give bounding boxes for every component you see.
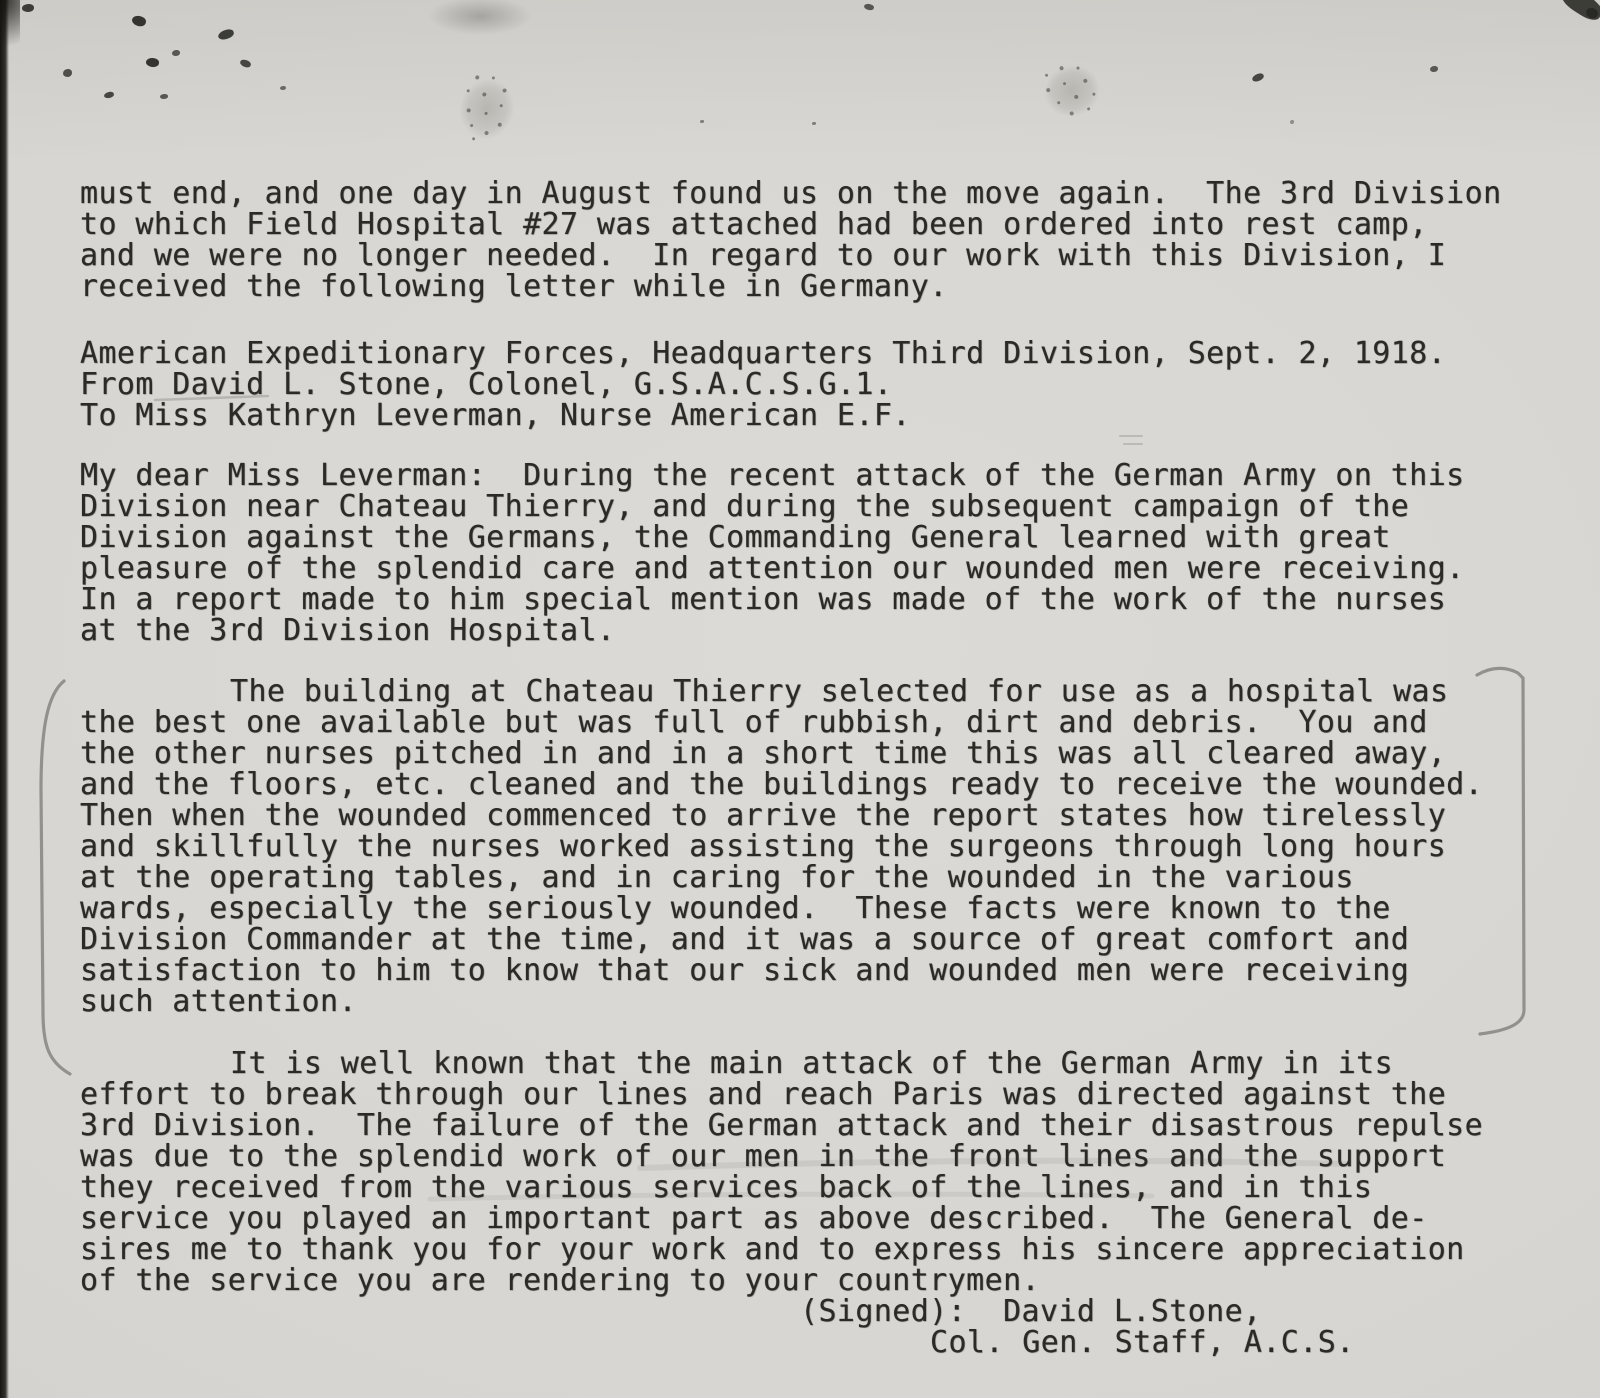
signature-line: (Signed): David L.Stone,	[800, 1296, 1550, 1327]
signature-title: Col. Gen. Staff, A.C.S.	[930, 1327, 1550, 1358]
paragraph-salutation: My dear Miss Leverman: During the recent…	[80, 460, 1550, 646]
paragraph-closing: It is well known that the main attack of…	[80, 1048, 1550, 1296]
pencil-bracket-left	[41, 681, 70, 1074]
ink-speck	[63, 69, 72, 77]
scan-corner-top-left	[0, 0, 20, 60]
scanned-letter-page: must end, and one day in August found us…	[0, 0, 1600, 1398]
paragraph-hospital: The building at Chateau Thierry selected…	[80, 676, 1550, 1017]
scan-edge-left	[0, 0, 9, 1398]
paragraph-intro: must end, and one day in August found us…	[80, 178, 1550, 302]
letter-body: must end, and one day in August found us…	[80, 0, 1550, 1358]
letter-heading-block: American Expeditionary Forces, Headquart…	[80, 338, 1550, 431]
ink-speck	[22, 4, 34, 12]
